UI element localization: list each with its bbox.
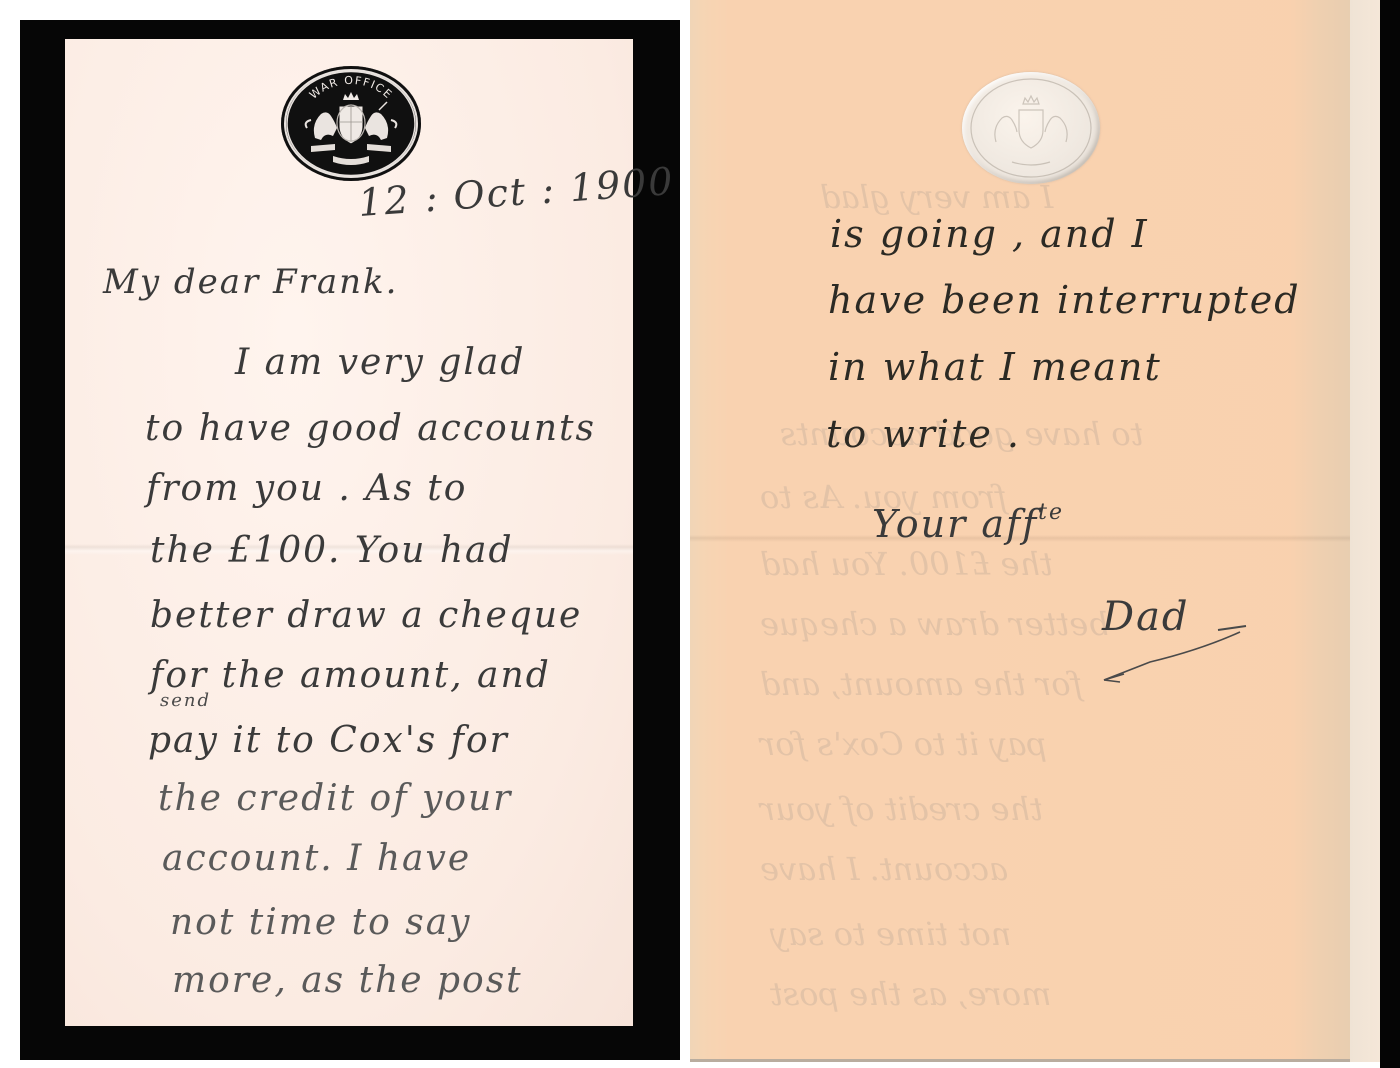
war-office-crest-printed: WAR OFFICE: [281, 66, 421, 181]
correction-insertion: send: [160, 690, 211, 711]
salutation: My dear Frank.: [103, 262, 398, 302]
closing-text: Your aff: [872, 502, 1038, 546]
bleed-through-text: pay it to Cox's for: [760, 725, 1047, 763]
bleed-through-text: for the amount, and: [760, 665, 1082, 703]
closing-superscript: te: [1038, 500, 1064, 525]
bleed-through-text: account. I have: [760, 850, 1008, 888]
scan-border: [1380, 0, 1400, 1068]
royal-coat-of-arms-icon: WAR OFFICE: [281, 66, 421, 181]
letter-line: from you . As to: [146, 468, 467, 509]
letter-line: account. I have: [162, 838, 471, 879]
bleed-through-text: the £100. You had: [760, 545, 1053, 583]
letter-line: better draw a cheque: [150, 595, 582, 636]
letter-line: not time to say: [170, 902, 472, 943]
war-office-crest-embossed: [962, 72, 1100, 184]
closing: Your affte: [872, 500, 1064, 546]
royal-coat-of-arms-icon: [962, 72, 1100, 184]
letter-line: have been interrupted: [828, 278, 1301, 322]
signature-flourish-icon: [1090, 610, 1270, 690]
bleed-through-text: better draw a cheque: [760, 605, 1109, 643]
letter-line: more, as the post: [172, 960, 523, 1001]
letter-line-corrected: pay it to Cox's for: [148, 720, 509, 761]
bleed-through-text: more, as the post: [770, 975, 1051, 1013]
letter-line: the £100. You had: [150, 530, 514, 571]
letter-line: I am very glad: [235, 342, 525, 383]
page-edge: [1350, 0, 1380, 1062]
letter-line: to write .: [826, 412, 1021, 456]
letter-line: is going , and I: [830, 212, 1149, 256]
bleed-through-text: the credit of your: [760, 790, 1043, 828]
letter-line: to have good accounts: [145, 408, 596, 449]
bleed-through-text: not time to say: [770, 915, 1011, 953]
letter-line: the credit of your: [158, 778, 512, 819]
letter-line: in what I meant: [828, 345, 1162, 389]
